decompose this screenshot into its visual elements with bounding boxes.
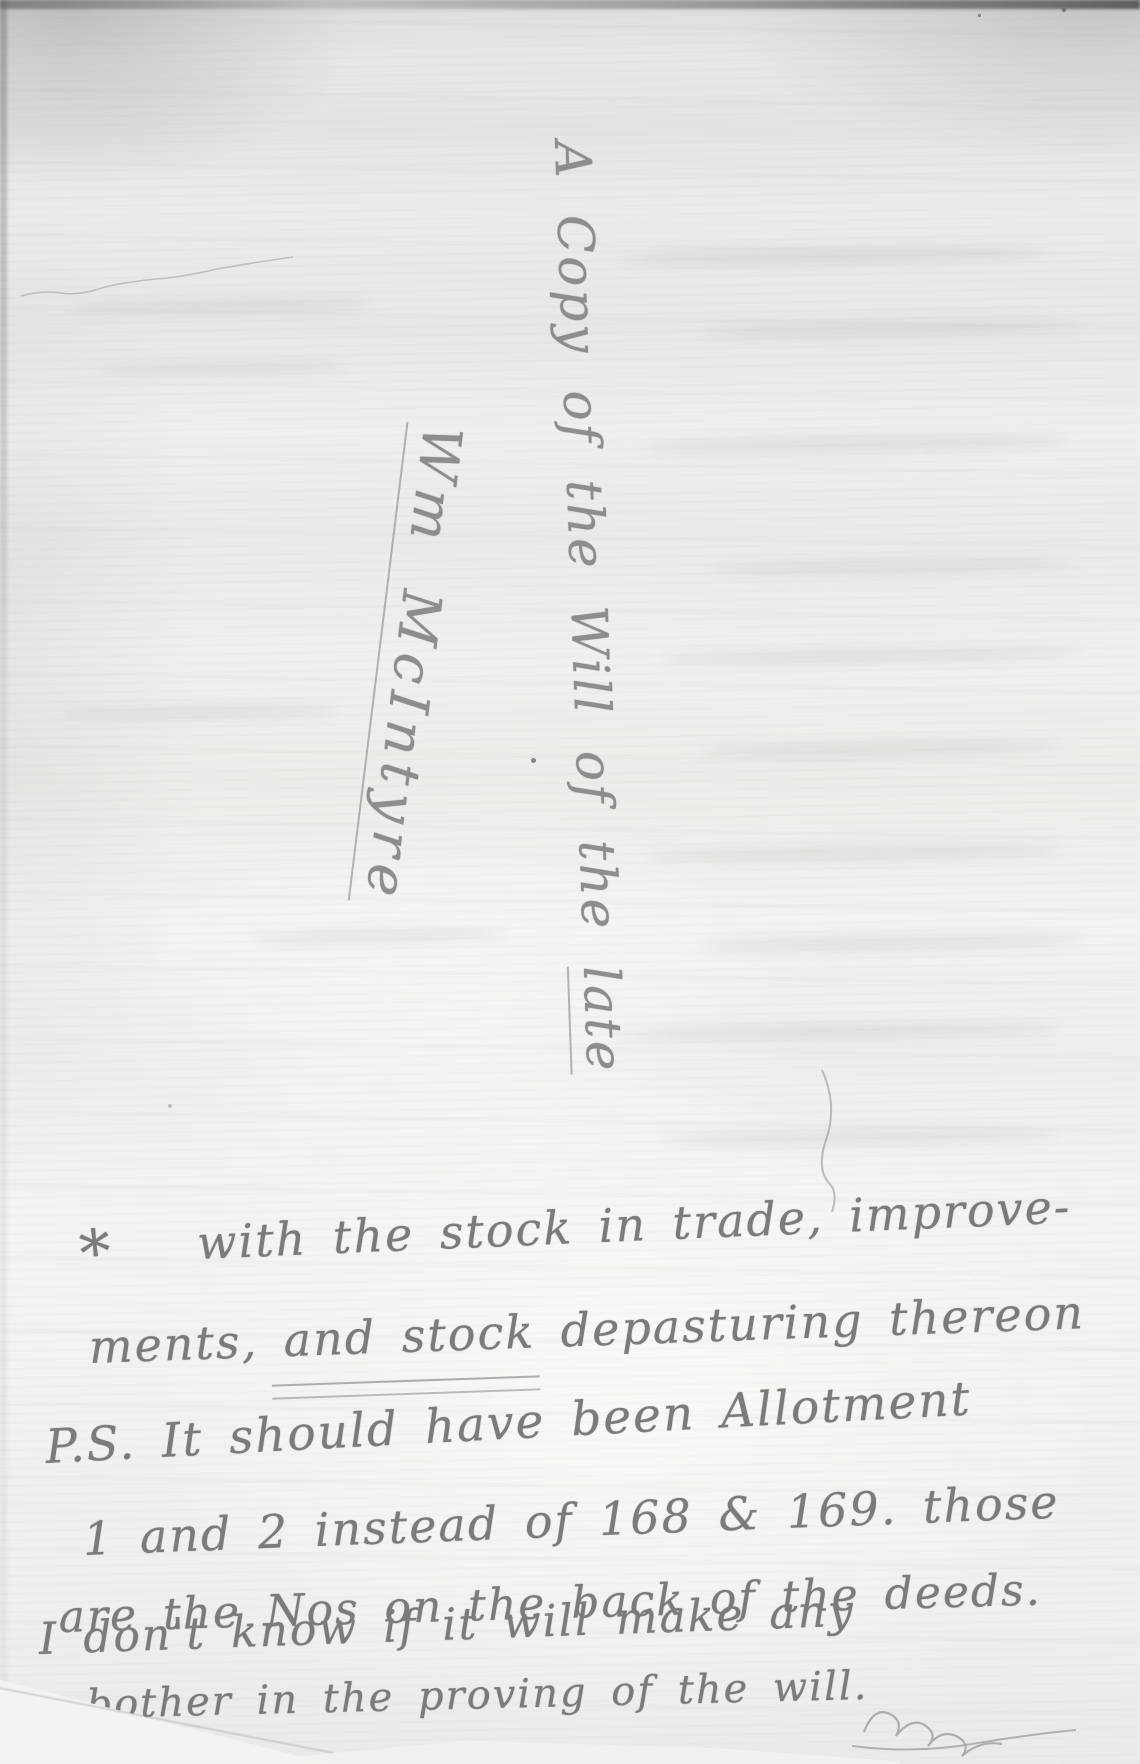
- vertical-title-line2: Wm McIntyre: [333, 422, 474, 1065]
- ghost-bleedthrough: [706, 557, 1076, 577]
- asterisk-mark: *: [76, 1215, 114, 1291]
- ghost-bleedthrough: [620, 1020, 1060, 1043]
- paper-left-edge-shadow: [0, 0, 7, 1764]
- annotation-line: ments, and stock depasturing thereon: [88, 1285, 1086, 1374]
- vertical-title-line1-underlined: late: [567, 965, 634, 1075]
- ink-speck: [978, 14, 981, 17]
- testator-name: Wm McIntyre: [348, 422, 474, 908]
- ghost-bleedthrough: [700, 739, 1060, 759]
- ghost-bleedthrough: [60, 704, 340, 722]
- ghost-bleedthrough: [660, 644, 1080, 666]
- paper-top-edge-shadow: [0, 0, 1140, 9]
- ghost-bleedthrough: [640, 432, 1070, 456]
- crease-line: [18, 252, 298, 306]
- annotation-line: with the stock in trade, improve-: [196, 1179, 1072, 1270]
- ink-speck: [168, 1104, 172, 1108]
- vertical-title-line1-text: A Copy of the Will of the: [543, 140, 630, 967]
- ghost-bleedthrough: [700, 933, 1080, 954]
- ghost-bleedthrough: [644, 842, 1064, 864]
- torn-bottom-edge: [300, 1738, 900, 1764]
- annotation-line: bother in the proving of the will.: [86, 1663, 869, 1728]
- signature-flourish: [850, 1688, 1080, 1764]
- ink-speck: [1062, 8, 1066, 12]
- ghost-bleedthrough: [618, 244, 1048, 268]
- vertical-title-line1: A Copy of the Will of the late: [543, 140, 634, 1091]
- ghost-bleedthrough: [660, 1127, 1060, 1148]
- scanned-document-page: A Copy of the Will of the late Wm McInty…: [0, 0, 1140, 1764]
- annotation-line: 1 and 2 instead of 168 & 169. those: [82, 1474, 1060, 1565]
- ghost-bleedthrough: [700, 319, 1080, 340]
- ghost-bleedthrough: [96, 360, 346, 376]
- ink-speck: [531, 758, 536, 763]
